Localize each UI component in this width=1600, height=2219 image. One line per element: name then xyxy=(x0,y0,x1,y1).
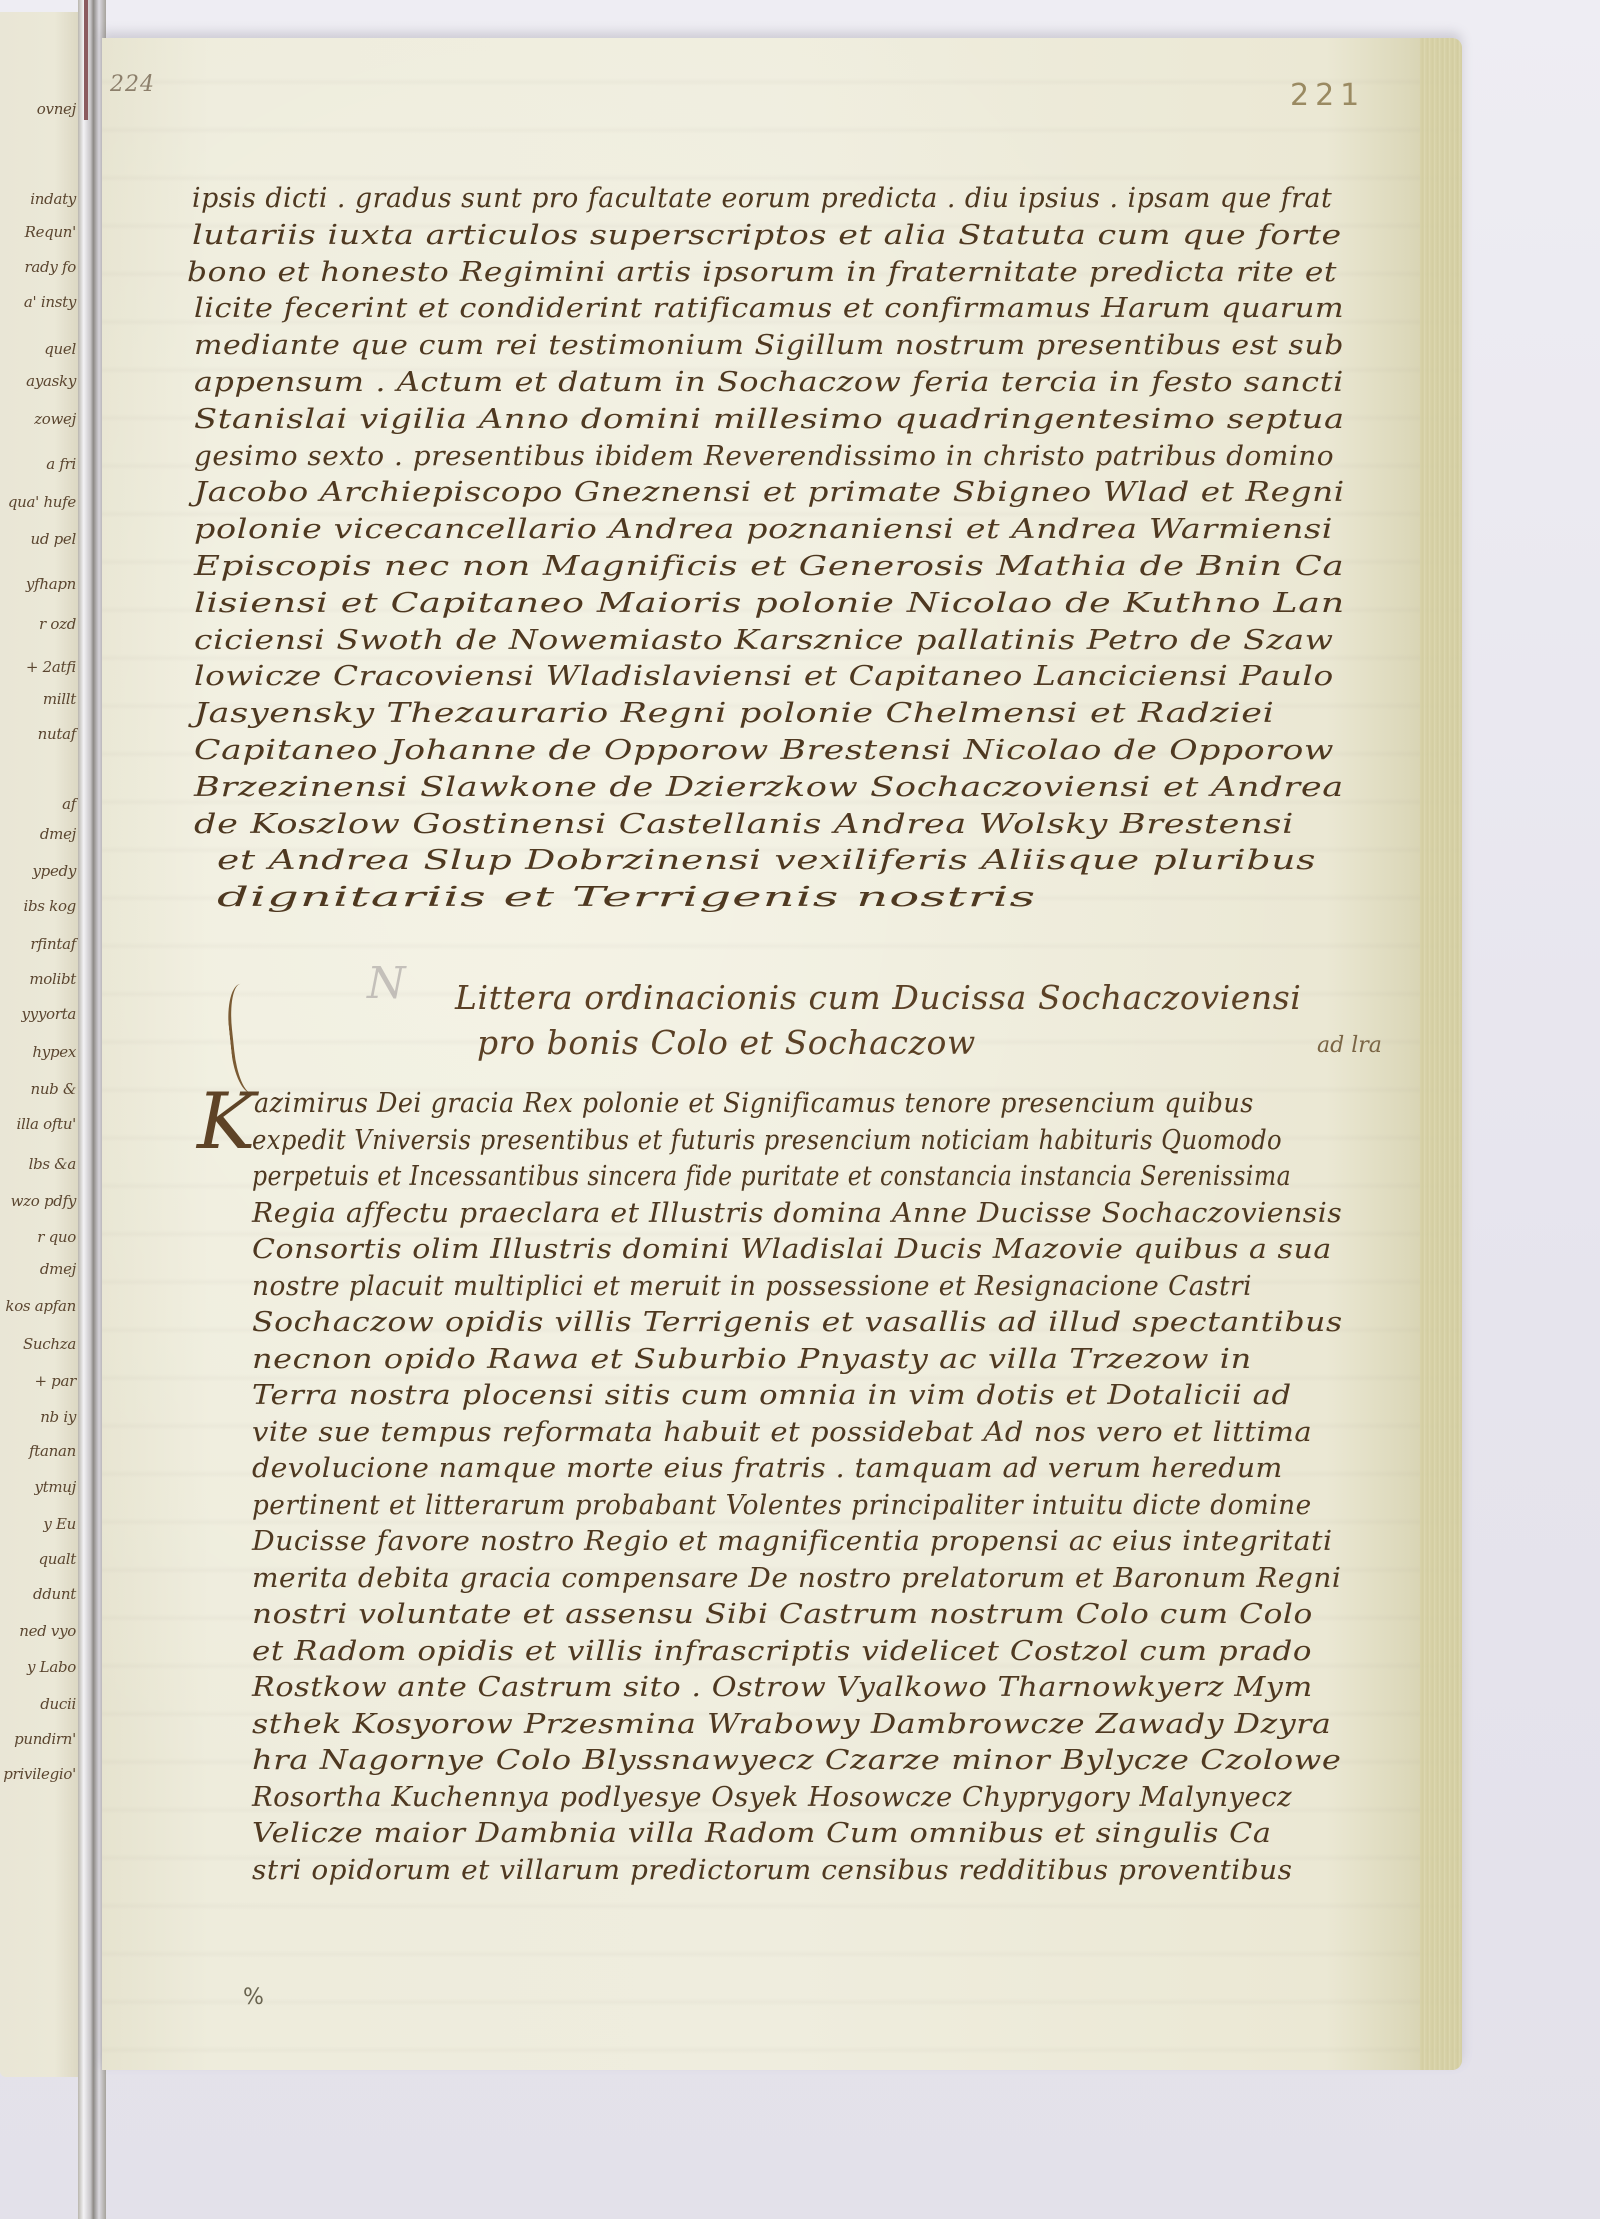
left-margin-fragment: qua' hufe xyxy=(0,493,78,511)
manuscript-line: lutariis iuxta articulos superscriptos e… xyxy=(192,220,1342,251)
left-margin-fragment: hypex xyxy=(0,1043,78,1061)
left-margin-fragment: Suchza xyxy=(0,1335,78,1353)
left-margin-fragment: ddunt xyxy=(0,1585,78,1603)
left-margin-fragment: ftanan xyxy=(0,1442,78,1460)
right-page: 224 221 ipsis dicti . gradus sunt pro fa… xyxy=(102,38,1462,2070)
left-margin-fragment: illa oftu' xyxy=(0,1115,78,1133)
page-fore-edge xyxy=(1420,38,1462,2070)
left-margin-fragment: y Eu xyxy=(0,1515,78,1533)
left-margin-fragment: quel xyxy=(0,340,78,358)
left-margin-fragment: r ozd xyxy=(0,615,78,633)
left-margin-fragment: a fri xyxy=(0,455,78,473)
manuscript-line: stri opidorum et villarum predictorum ce… xyxy=(252,1855,1293,1886)
rubric-heading-line-2: pro bonis Colo et Sochaczow xyxy=(477,1023,976,1062)
manuscript-line: nostre placuit multiplici et meruit in p… xyxy=(252,1271,1252,1302)
manuscript-line: vite sue tempus reformata habuit et poss… xyxy=(252,1417,1312,1448)
left-margin-fragment: + par xyxy=(0,1372,78,1390)
manuscript-line: Jacobo Archiepiscopo Gneznensi et primat… xyxy=(194,477,1345,508)
manuscript-line: sthek Kosyorow Przesmina Wrabowy Dambrow… xyxy=(252,1709,1331,1740)
left-margin-fragment: zowej xyxy=(0,410,78,428)
left-margin-fragment: rfintaf xyxy=(0,935,78,953)
manuscript-line: devolucione namque morte eius fratris . … xyxy=(252,1453,1283,1484)
left-margin-fragment: ovnej xyxy=(0,100,78,118)
manuscript-line: lisiensi et Capitaneo Maioris polonie Ni… xyxy=(194,588,1345,619)
manuscript-line: ciciensi Swoth de Nowemiasto Karsznice p… xyxy=(194,625,1334,656)
left-margin-fragment: r quo xyxy=(0,1228,78,1246)
left-margin-fragment: kos apfan xyxy=(0,1297,78,1315)
manuscript-line: merita debita gracia compensare De nostr… xyxy=(252,1563,1341,1594)
left-margin-fragment: wzo pdfy xyxy=(0,1192,78,1210)
folio-number-old: 224 xyxy=(110,72,155,97)
left-margin-fragment: molibt xyxy=(0,970,78,988)
left-margin-fragment: nub & xyxy=(0,1080,78,1098)
left-margin-fragment: ibs kog xyxy=(0,897,78,915)
manuscript-line: bono et honesto Regimini artis ipsorum i… xyxy=(187,257,1337,288)
manuscript-line: Capitaneo Johanne de Opporow Brestensi N… xyxy=(194,735,1334,766)
left-page-sliver: ovnejindatyRequn'rady foa' instyquelayas… xyxy=(0,12,78,2077)
manuscript-line: appensum . Actum et datum in Sochaczow f… xyxy=(194,367,1344,398)
left-margin-fragment: yfhapn xyxy=(0,575,78,593)
folio-number: 221 xyxy=(1290,78,1365,113)
manuscript-line: lowicze Cracoviensi Wladislaviensi et Ca… xyxy=(194,661,1334,692)
rubric-heading-line-1: Littera ordinacionis cum Ducissa Sochacz… xyxy=(455,978,1301,1017)
left-margin-fragment: privilegio' xyxy=(0,1765,78,1783)
manuscript-line: dignitariis et Terrigenis nostris xyxy=(217,882,1036,913)
manuscript-line: Sochaczow opidis villis Terrigenis et va… xyxy=(252,1307,1343,1338)
manuscript-line: expedit Vniversis presentibus et futuris… xyxy=(252,1125,1282,1156)
faint-marginal-mark: N xyxy=(367,958,406,1009)
manuscript-line: gesimo sexto . presentibus ibidem Revere… xyxy=(194,441,1334,472)
manuscript-line: Stanislai vigilia Anno domini millesimo … xyxy=(194,404,1345,435)
left-margin-fragment: ayasky xyxy=(0,372,78,390)
left-margin-fragment: qualt xyxy=(0,1550,78,1568)
manuscript-line: Jasyensky Thezaurario Regni polonie Chel… xyxy=(194,698,1274,729)
manuscript-line: Episcopis nec non Magnificis et Generosi… xyxy=(194,551,1344,582)
left-margin-fragment: pundirn' xyxy=(0,1730,78,1748)
manuscript-line: Consortis olim Illustris domini Wladisla… xyxy=(252,1234,1332,1265)
left-margin-fragment: lbs &a xyxy=(0,1155,78,1173)
manuscript-line: nostri voluntate et assensu Sibi Castrum… xyxy=(252,1599,1313,1630)
left-margin-fragment: a' insty xyxy=(0,293,78,311)
manuscript-line: de Koszlow Gostinensi Castellanis Andrea… xyxy=(194,809,1294,840)
left-margin-fragment: nutaf xyxy=(0,725,78,743)
left-margin-fragment: millt xyxy=(0,690,78,708)
left-margin-fragment: ned vyo xyxy=(0,1622,78,1640)
left-margin-fragment: nb iy xyxy=(0,1408,78,1426)
manuscript-line: Terra nostra plocensi sitis cum omnia in… xyxy=(252,1380,1292,1411)
left-margin-fragment: rady fo xyxy=(0,258,78,276)
manuscript-line: pertinent et litterarum probabant Volent… xyxy=(252,1490,1312,1521)
left-page-margin-text: ovnejindatyRequn'rady foa' instyquelayas… xyxy=(0,12,78,2077)
manuscript-line: polonie vicecancellario Andrea poznanien… xyxy=(194,514,1333,545)
left-margin-fragment: ud pel xyxy=(0,530,78,548)
left-margin-fragment: indaty xyxy=(0,190,78,208)
manuscript-line: Ducisse favore nostro Regio et magnifice… xyxy=(252,1526,1333,1557)
manuscript-line: et Radom opidis et villis infrascriptis … xyxy=(252,1636,1312,1667)
manuscript-line: Rosortha Kuchennya podlyesye Osyek Hosow… xyxy=(252,1782,1292,1813)
ink-stain-mark: % xyxy=(243,1988,264,2008)
manuscript-line: azimirus Dei gracia Rex polonie et Signi… xyxy=(254,1088,1254,1119)
manuscript-line: Velicze maior Dambnia villa Radom Cum om… xyxy=(252,1818,1272,1849)
decorated-initial: K xyxy=(197,1083,255,1161)
manuscript-line: et Andrea Slup Dobrzinensi vexiliferis A… xyxy=(217,845,1316,876)
left-margin-fragment: dmej xyxy=(0,1260,78,1278)
manuscript-line: hra Nagornye Colo Blyssnawyecz Czarze mi… xyxy=(252,1745,1341,1776)
left-margin-fragment: ypedy xyxy=(0,862,78,880)
manuscript-line: mediante que cum rei testimonium Sigillu… xyxy=(194,330,1344,361)
manuscript-line: Brzezinensi Slawkone de Dzierzkow Sochac… xyxy=(194,772,1344,803)
manuscript-line: ipsis dicti . gradus sunt pro facultate … xyxy=(192,183,1332,214)
gutter-binding-strip xyxy=(84,0,88,120)
manuscript-line: necnon opido Rawa et Suburbio Pnyasty ac… xyxy=(252,1344,1252,1375)
left-margin-fragment: y Labo xyxy=(0,1658,78,1676)
left-margin-fragment: + 2atfi xyxy=(0,658,78,676)
manuscript-line: Regia affectu praeclara et Illustris dom… xyxy=(252,1198,1342,1229)
left-margin-fragment: dmej xyxy=(0,825,78,843)
margin-note: ad lra xyxy=(1317,1033,1382,1058)
left-margin-fragment: ducii xyxy=(0,1695,78,1713)
left-margin-fragment: ytmuj xyxy=(0,1478,78,1496)
manuscript-line: Rostkow ante Castrum sito . Ostrow Vyalk… xyxy=(252,1672,1313,1703)
left-margin-fragment: yyyorta xyxy=(0,1005,78,1023)
manuscript-line: perpetuis et Incessantibus sincera fide … xyxy=(252,1161,1291,1192)
manuscript-line: licite fecerint et condiderint ratificam… xyxy=(194,293,1344,324)
left-margin-fragment: af xyxy=(0,795,78,813)
left-margin-fragment: Requn' xyxy=(0,223,78,241)
